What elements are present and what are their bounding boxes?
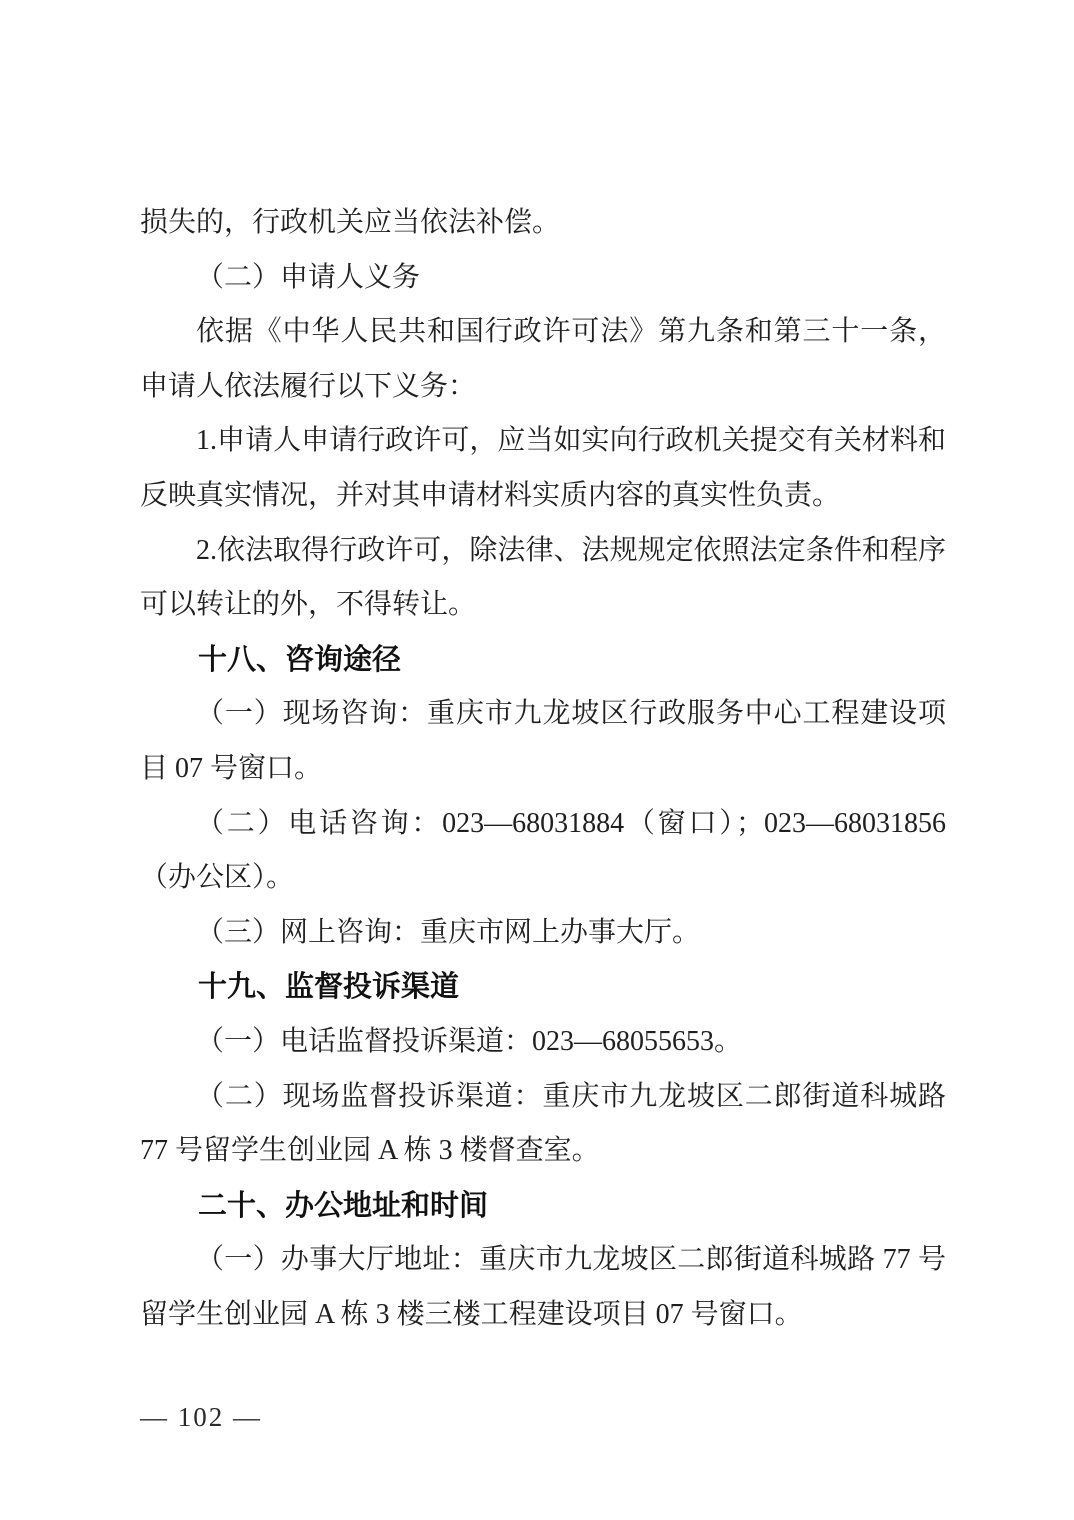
document-page: 损失的，行政机关应当依法补偿。 （二）申请人义务 依据《中华人民共和国行政许可法… (0, 0, 1074, 1520)
page-number: — 102 — (140, 1402, 262, 1433)
paragraph-complaint-phone: （一）电话监督投诉渠道：023—68055653。 (140, 1015, 946, 1070)
paragraph-subsection-title: （二）申请人义务 (140, 251, 946, 306)
paragraph-continuation: 损失的，行政机关应当依法补偿。 (140, 196, 946, 251)
paragraph-consult-onsite: （一）现场咨询：重庆市九龙坡区行政服务中心工程建设项目 07 号窗口。 (140, 687, 946, 796)
section-heading-19: 十九、监督投诉渠道 (140, 960, 946, 1015)
paragraph-complaint-onsite: （二）现场监督投诉渠道：重庆市九龙坡区二郎街道科城路 77 号留学生创业园 A … (140, 1070, 946, 1179)
paragraph-item-1: 1.申请人申请行政许可，应当如实向行政机关提交有关材料和反映真实情况，并对其申请… (140, 414, 946, 523)
paragraph-consult-online: （三）网上咨询：重庆市网上办事大厅。 (140, 906, 946, 961)
section-heading-20: 二十、办公地址和时间 (140, 1179, 946, 1234)
paragraph-item-2: 2.依法取得行政许可，除法律、法规规定依照法定条件和程序可以转让的外，不得转让。 (140, 524, 946, 633)
section-heading-18: 十八、咨询途径 (140, 633, 946, 688)
document-body: 损失的，行政机关应当依法补偿。 （二）申请人义务 依据《中华人民共和国行政许可法… (140, 196, 946, 1342)
paragraph: 依据《中华人民共和国行政许可法》第九条和第三十一条，申请人依法履行以下义务： (140, 305, 946, 414)
paragraph-office-address: （一）办事大厅地址：重庆市九龙坡区二郎街道科城路 77 号留学生创业园 A 栋 … (140, 1233, 946, 1342)
paragraph-consult-phone: （二）电话咨询：023—68031884（窗口）；023—68031856（办公… (140, 797, 946, 906)
